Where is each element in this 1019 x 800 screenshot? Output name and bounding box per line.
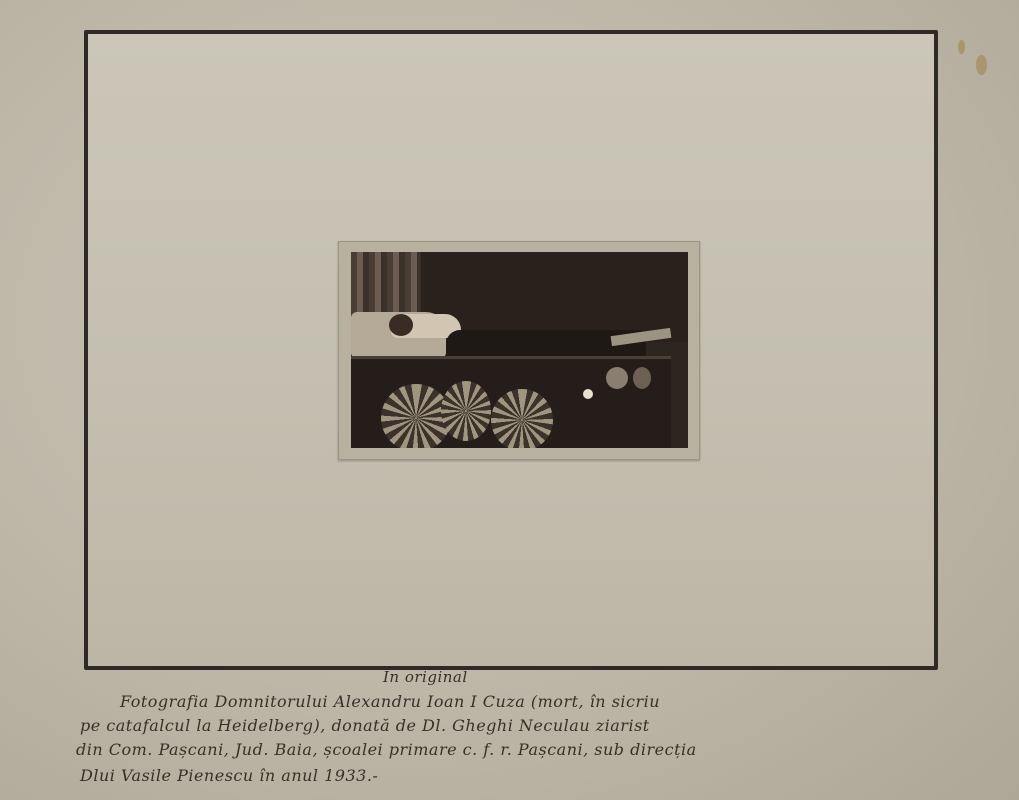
- photograph: [351, 252, 688, 448]
- photo-coffin: [351, 356, 671, 448]
- caption-line-4: Dlui Vasile Pienescu în anul 1933.-: [80, 766, 378, 785]
- caption-line-1: Fotografia Domnitorului Alexandru Ioan I…: [120, 692, 660, 711]
- coffin-ornament: [633, 367, 651, 389]
- flower: [491, 389, 553, 448]
- photo-card: [338, 241, 700, 460]
- coffin-ornament: [606, 367, 628, 389]
- flower: [441, 381, 491, 441]
- photo-hair: [389, 314, 413, 336]
- caption-line-3: din Com. Pașcani, Jud. Baia, școalei pri…: [76, 740, 697, 759]
- stain-mark: [976, 55, 987, 75]
- photo-backdrop: [421, 252, 688, 342]
- caption-title: In original: [383, 668, 468, 686]
- caption-line-2: pe catafalcul la Heidelberg), donată de …: [80, 716, 650, 735]
- mount-sheet: In original Fotografia Domnitorului Alex…: [0, 0, 1019, 800]
- coffin-light: [583, 389, 593, 399]
- stain-mark: [958, 40, 965, 54]
